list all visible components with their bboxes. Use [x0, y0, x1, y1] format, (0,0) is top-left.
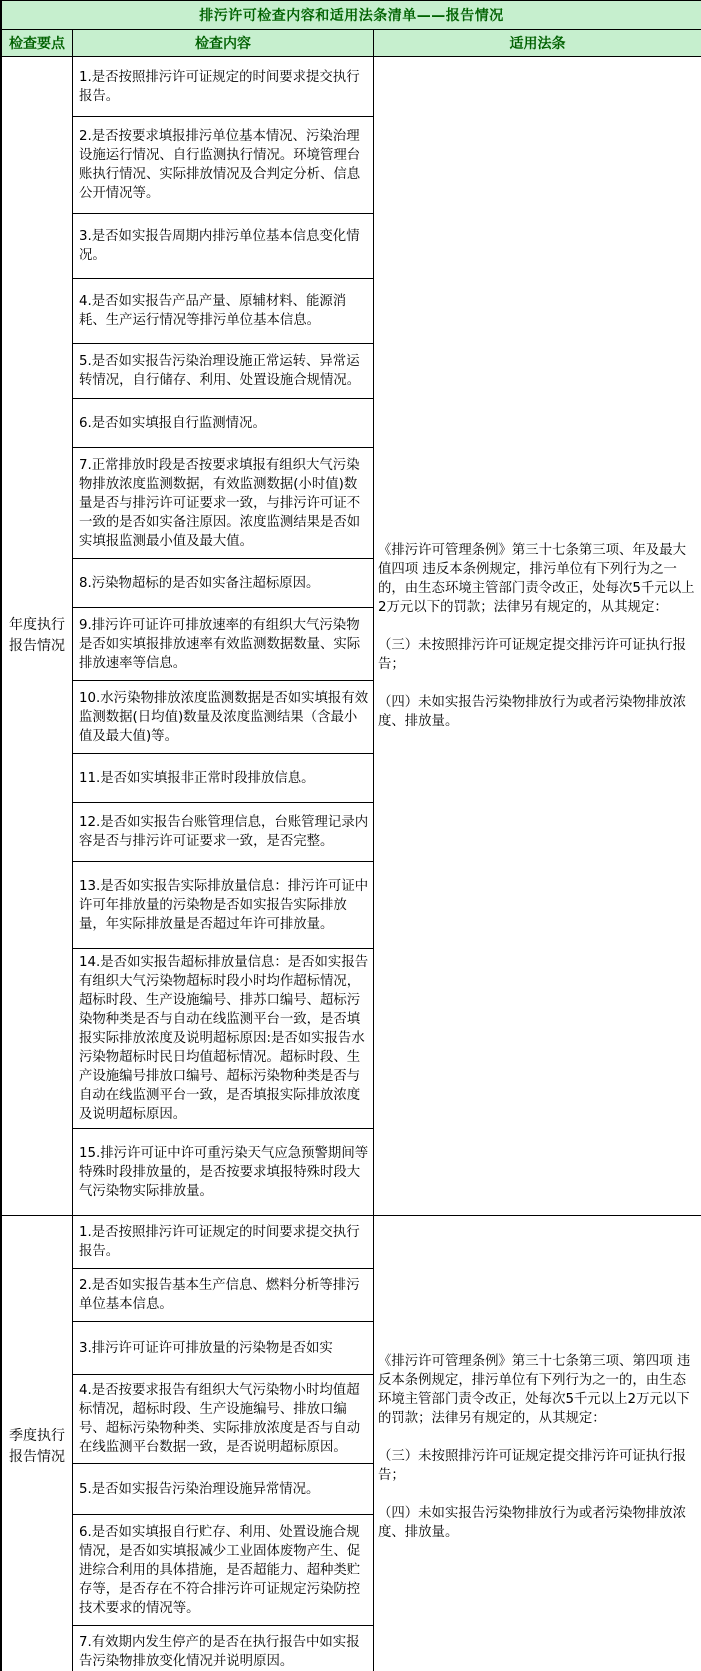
law-cell-quarterly: 《排污许可管理条例》第三十七条第三项、第四项 违反本条例规定，排污单位有下列行为…: [374, 1216, 701, 1671]
check-item-text: 4.是否如实报告产品产量、原辅材料、能源消耗、生产运行情况等排污单位基本信息。: [79, 292, 369, 330]
header-check-point: 检查要点: [2, 30, 73, 57]
check-item-text: 1.是否按照排污许可证规定的时间要求提交执行报告。: [79, 68, 369, 106]
check-item-text: 11.是否如实填报非正常时段排放信息。: [79, 769, 369, 788]
check-item: 12.是否如实报告台账管理信息，台账管理记录内容是否与排污许可证要求一致，是否完…: [73, 803, 374, 862]
check-item-text: 6.是否如实填报自行监测情况。: [79, 414, 369, 433]
check-item-text: 5.是否如实报告污染治理设施异常情况。: [79, 1480, 369, 1499]
header-check-content: 检查内容: [73, 30, 374, 57]
check-item: 11.是否如实填报非正常时段排放信息。: [73, 754, 374, 803]
check-item: 4.是否按要求报告有组织大气污染物小时均值超标情况，超标时段、生产设施编号、排放…: [73, 1375, 374, 1464]
check-item: 4.是否如实报告产品产量、原辅材料、能源消耗、生产运行情况等排污单位基本信息。: [73, 279, 374, 344]
check-item-text: 6.是否如实填报自行贮存、利用、处置设施合规情况，是否如实填报减少工业固体废物产…: [79, 1523, 369, 1618]
check-item: 7.有效期内发生停产的是否在执行报告中如实报告污染物排放变化情况并说明原因。: [73, 1626, 374, 1671]
check-item-text: 15.排污许可证中许可重污染天气应急预警期间等特殊时段排放量的，是否按要求填报特…: [79, 1144, 369, 1201]
law-clause-3: （三）未按照排污许可证规定提交排污许可证执行报告；: [378, 1447, 697, 1485]
check-item-text: 10.水污染物排放浓度监测数据是否如实填报有效监测数据(日均值)数量及浓度监测结…: [79, 689, 369, 746]
table-title: 排污许可检查内容和适用法条清单——报告情况: [2, 1, 701, 30]
group-label-quarterly: 季度执行报告情况: [2, 1216, 73, 1671]
check-item: 7.正常排放时段是否按要求填报有组织大气污染物排放浓度监测数据，有效监测数据(小…: [73, 448, 374, 559]
check-item: 1.是否按照排污许可证规定的时间要求提交执行报告。: [73, 57, 374, 117]
check-item: 8.污染物超标的是否如实备注超标原因。: [73, 559, 374, 608]
title-row: 排污许可检查内容和适用法条清单——报告情况: [2, 1, 701, 30]
header-applicable-law: 适用法条: [374, 30, 701, 57]
check-item-text: 7.有效期内发生停产的是否在执行报告中如实报告污染物排放变化情况并说明原因。: [79, 1633, 369, 1671]
law-clause-4: （四）未如实报告污染物排放行为或者污染物排放浓度、排放量。: [378, 693, 697, 731]
check-item-text: 3.是否如实报告周期内排污单位基本信息变化情况。: [79, 227, 369, 265]
law-clause-4: （四）未如实报告污染物排放行为或者污染物排放浓度、排放量。: [378, 1504, 697, 1542]
check-item-text: 2.是否如实报告基本生产信息、燃料分析等排污单位基本信息。: [79, 1276, 369, 1314]
check-item: 9.排污许可证许可排放速率的有组织大气污染物是否如实填报排放速率有效监测数据数量…: [73, 608, 374, 681]
checklist-table: 排污许可检查内容和适用法条清单——报告情况 检查要点 检查内容 适用法条 年度执…: [1, 0, 701, 1671]
check-item: 5.是否如实报告污染治理设施异常情况。: [73, 1464, 374, 1515]
table-row: 年度执行报告情况 1.是否按照排污许可证规定的时间要求提交执行报告。 《排污许可…: [2, 57, 701, 117]
check-item: 2.是否如实报告基本生产信息、燃料分析等排污单位基本信息。: [73, 1269, 374, 1322]
check-item: 1.是否按照排污许可证规定的时间要求提交执行报告。: [73, 1216, 374, 1269]
check-item: 15.排污许可证中许可重污染天气应急预警期间等特殊时段排放量的，是否按要求填报特…: [73, 1129, 374, 1216]
check-item: 14.是否如实报告超标排放量信息：是否如实报告有组织大气污染物超标时段小时均作超…: [73, 949, 374, 1129]
check-item: 13.是否如实报告实际排放量信息：排污许可证中许可年排放量的污染物是否如实报告实…: [73, 862, 374, 949]
check-item: 3.是否如实报告周期内排污单位基本信息变化情况。: [73, 214, 374, 279]
check-item: 2.是否按要求填报排污单位基本情况、污染治理设施运行情况、自行监测执行情况。环境…: [73, 117, 374, 214]
check-item-text: 1.是否按照排污许可证规定的时间要求提交执行报告。: [79, 1223, 369, 1261]
check-item-text: 9.排污许可证许可排放速率的有组织大气污染物是否如实填报排放速率有效监测数据数量…: [79, 616, 369, 673]
law-clause-3: （三）未按照排污许可证规定提交排污许可证执行报告；: [378, 636, 697, 674]
check-item-text: 7.正常排放时段是否按要求填报有组织大气污染物排放浓度监测数据，有效监测数据(小…: [79, 456, 369, 551]
checklist-sheet: 排污许可检查内容和适用法条清单——报告情况 检查要点 检查内容 适用法条 年度执…: [0, 0, 701, 1671]
law-main-text: 《排污许可管理条例》第三十七条第三项、年及最大值四项 违反本条例规定，排污单位有…: [378, 541, 697, 617]
check-item: 10.水污染物排放浓度监测数据是否如实填报有效监测数据(日均值)数量及浓度监测结…: [73, 681, 374, 754]
check-item-text: 14.是否如实报告超标排放量信息：是否如实报告有组织大气污染物超标时段小时均作超…: [79, 953, 369, 1124]
check-item-text: 2.是否按要求填报排污单位基本情况、污染治理设施运行情况、自行监测执行情况。环境…: [79, 127, 369, 203]
check-item-text: 4.是否按要求报告有组织大气污染物小时均值超标情况，超标时段、生产设施编号、排放…: [79, 1381, 369, 1457]
check-item-text: 12.是否如实报告台账管理信息，台账管理记录内容是否与排污许可证要求一致，是否完…: [79, 813, 369, 851]
group-label-annual: 年度执行报告情况: [2, 57, 73, 1216]
check-item: 3.排污许可证许可排放量的污染物是否如实: [73, 1322, 374, 1375]
check-item: 5.是否如实报告污染治理设施正常运转、异常运转情况，自行储存、利用、处置设施合规…: [73, 344, 374, 399]
check-item-text: 5.是否如实报告污染治理设施正常运转、异常运转情况，自行储存、利用、处置设施合规…: [79, 352, 369, 390]
header-row: 检查要点 检查内容 适用法条: [2, 30, 701, 57]
check-item-text: 8.污染物超标的是否如实备注超标原因。: [79, 574, 369, 593]
check-item-text: 13.是否如实报告实际排放量信息：排污许可证中许可年排放量的污染物是否如实报告实…: [79, 877, 369, 934]
check-item: 6.是否如实填报自行贮存、利用、处置设施合规情况，是否如实填报减少工业固体废物产…: [73, 1515, 374, 1626]
check-item: 6.是否如实填报自行监测情况。: [73, 399, 374, 448]
law-main-text: 《排污许可管理条例》第三十七条第三项、第四项 违反本条例规定，排污单位有下列行为…: [378, 1352, 697, 1428]
table-row: 季度执行报告情况 1.是否按照排污许可证规定的时间要求提交执行报告。 《排污许可…: [2, 1216, 701, 1269]
law-cell-annual: 《排污许可管理条例》第三十七条第三项、年及最大值四项 违反本条例规定，排污单位有…: [374, 57, 701, 1216]
check-item-text: 3.排污许可证许可排放量的污染物是否如实: [79, 1339, 369, 1358]
